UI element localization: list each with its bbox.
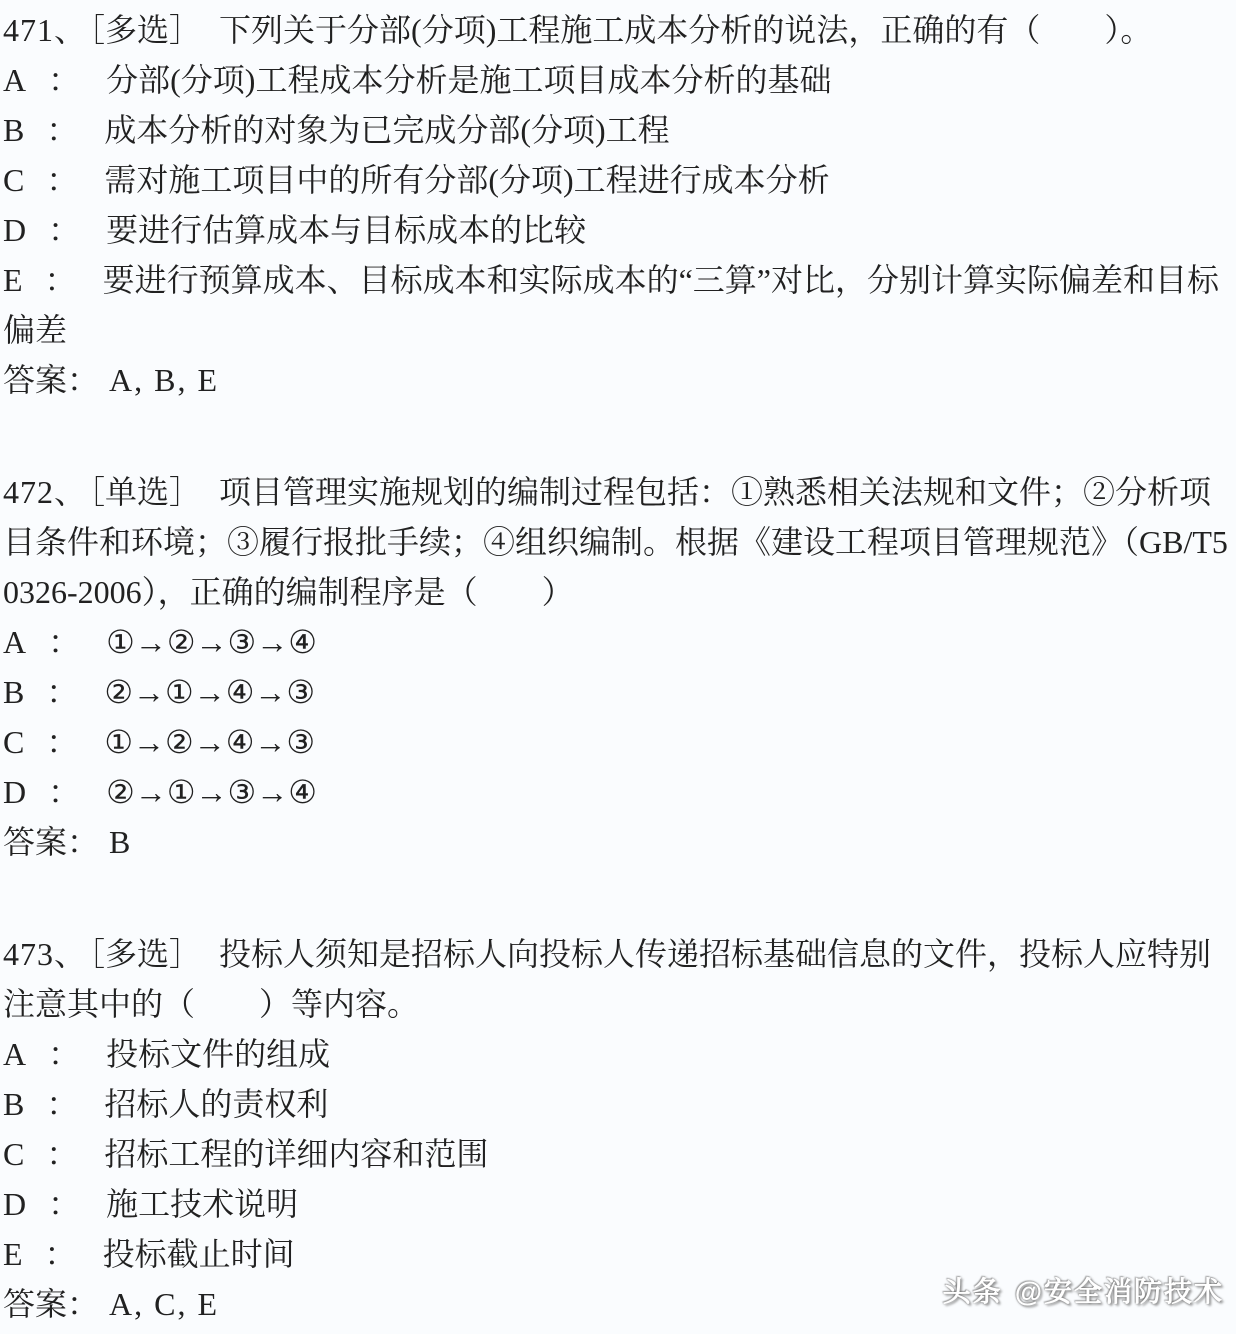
option-separator: ： xyxy=(45,1236,77,1272)
answer-label: 答案： xyxy=(3,1286,99,1322)
answer-label: 答案： xyxy=(3,362,99,398)
option-letter: B xyxy=(3,674,24,710)
option-separator: ： xyxy=(48,624,80,660)
question-block-473: 473、［多选］投标人须知是招标人向投标人传递招标基础信息的文件，投标人应特别注… xyxy=(3,929,1234,1329)
option-text: ①→②→④→③ xyxy=(104,724,315,760)
option-row-c: C：需对施工项目中的所有分部(分项)工程进行成本分析 xyxy=(3,155,1234,205)
question-document: 471、［多选］下列关于分部(分项)工程施工成本分析的说法，正确的有（ ）。 A… xyxy=(0,0,1236,1329)
question-type-tag: ［单选］ xyxy=(89,474,201,510)
option-letter: E xyxy=(3,262,23,298)
option-text: 招标人的责权利 xyxy=(104,1086,328,1122)
option-letter: D xyxy=(3,774,26,810)
option-separator: ： xyxy=(46,1086,78,1122)
option-separator: ： xyxy=(46,674,78,710)
option-separator: ： xyxy=(48,1186,80,1222)
option-text: ②→①→③→④ xyxy=(106,774,317,810)
option-row-c: C：招标工程的详细内容和范围 xyxy=(3,1129,1234,1179)
question-text: 下列关于分部(分项)工程施工成本分析的说法，正确的有（ ）。 xyxy=(219,12,1152,48)
option-separator: ： xyxy=(48,62,80,98)
option-letter: D xyxy=(3,212,26,248)
option-text: ②→①→④→③ xyxy=(104,674,315,710)
option-text: 投标文件的组成 xyxy=(106,1036,330,1072)
answer-value: A, B, E xyxy=(109,362,219,398)
question-stem-row: 471、［多选］下列关于分部(分项)工程施工成本分析的说法，正确的有（ ）。 xyxy=(3,5,1234,55)
option-letter: E xyxy=(3,1236,23,1272)
question-number: 471、 xyxy=(3,12,87,48)
option-row-b: B：招标人的责权利 xyxy=(3,1079,1234,1129)
option-row-a: A：分部(分项)工程成本分析是施工项目成本分析的基础 xyxy=(3,55,1234,105)
option-letter: A xyxy=(3,624,26,660)
option-text: 成本分析的对象为已完成分部(分项)工程 xyxy=(104,112,669,148)
option-letter: B xyxy=(3,1086,24,1122)
option-separator: ： xyxy=(46,112,78,148)
option-row-d: D：②→①→③→④ xyxy=(3,767,1234,817)
option-separator: ： xyxy=(46,1136,78,1172)
answer-value: B xyxy=(109,824,132,860)
option-row-d: D：施工技术说明 xyxy=(3,1179,1234,1229)
option-row-e: E：要进行预算成本、目标成本和实际成本的“三算”对比，分别计算实际偏差和目标偏差 xyxy=(3,255,1234,355)
answer-row: 答案：B xyxy=(3,817,1234,867)
question-stem-row: 472、［单选］项目管理实施规划的编制过程包括：①熟悉相关法规和文件；②分析项目… xyxy=(3,467,1234,617)
option-letter: C xyxy=(3,1136,24,1172)
question-type-tag: ［多选］ xyxy=(89,936,201,972)
option-letter: D xyxy=(3,1186,26,1222)
option-row-b: B：②→①→④→③ xyxy=(3,667,1234,717)
question-stem-row: 473、［多选］投标人须知是招标人向投标人传递招标基础信息的文件，投标人应特别注… xyxy=(3,929,1234,1029)
option-text: 投标截止时间 xyxy=(103,1236,295,1272)
option-letter: C xyxy=(3,162,24,198)
watermark-brand-logo: 头条 xyxy=(943,1276,1003,1307)
watermark: 头条@安全消防技术 xyxy=(943,1270,1224,1310)
question-number: 473、 xyxy=(3,936,87,972)
option-row-a: A：投标文件的组成 xyxy=(3,1029,1234,1079)
question-number: 472、 xyxy=(3,474,87,510)
answer-row: 答案：A, B, E xyxy=(3,355,1234,405)
question-block-472: 472、［单选］项目管理实施规划的编制过程包括：①熟悉相关法规和文件；②分析项目… xyxy=(3,467,1234,867)
watermark-handle: @安全消防技术 xyxy=(1015,1276,1224,1307)
option-separator: ： xyxy=(46,162,78,198)
option-row-c: C：①→②→④→③ xyxy=(3,717,1234,767)
option-text: 施工技术说明 xyxy=(106,1186,298,1222)
option-row-d: D：要进行估算成本与目标成本的比较 xyxy=(3,205,1234,255)
answer-label: 答案： xyxy=(3,824,99,860)
page: { "page": { "background_color": "#fafcfe… xyxy=(0,0,1236,1334)
option-text: 要进行估算成本与目标成本的比较 xyxy=(106,212,586,248)
answer-value: A, C, E xyxy=(109,1286,219,1322)
option-text: 需对施工项目中的所有分部(分项)工程进行成本分析 xyxy=(104,162,829,198)
option-letter: A xyxy=(3,1036,26,1072)
question-type-tag: ［多选］ xyxy=(89,12,201,48)
option-text: 分部(分项)工程成本分析是施工项目成本分析的基础 xyxy=(106,62,831,98)
option-text: ①→②→③→④ xyxy=(106,624,317,660)
question-block-471: 471、［多选］下列关于分部(分项)工程施工成本分析的说法，正确的有（ ）。 A… xyxy=(3,5,1234,405)
option-separator: ： xyxy=(46,724,78,760)
option-separator: ： xyxy=(48,774,80,810)
option-text: 招标工程的详细内容和范围 xyxy=(104,1136,488,1172)
option-letter: B xyxy=(3,112,24,148)
option-letter: A xyxy=(3,62,26,98)
option-separator: ： xyxy=(48,1036,80,1072)
option-row-a: A：①→②→③→④ xyxy=(3,617,1234,667)
option-text: 要进行预算成本、目标成本和实际成本的“三算”对比，分别计算实际偏差和目标偏差 xyxy=(3,262,1219,348)
option-separator: ： xyxy=(48,212,80,248)
option-separator: ： xyxy=(45,262,77,298)
option-row-b: B：成本分析的对象为已完成分部(分项)工程 xyxy=(3,105,1234,155)
option-letter: C xyxy=(3,724,24,760)
